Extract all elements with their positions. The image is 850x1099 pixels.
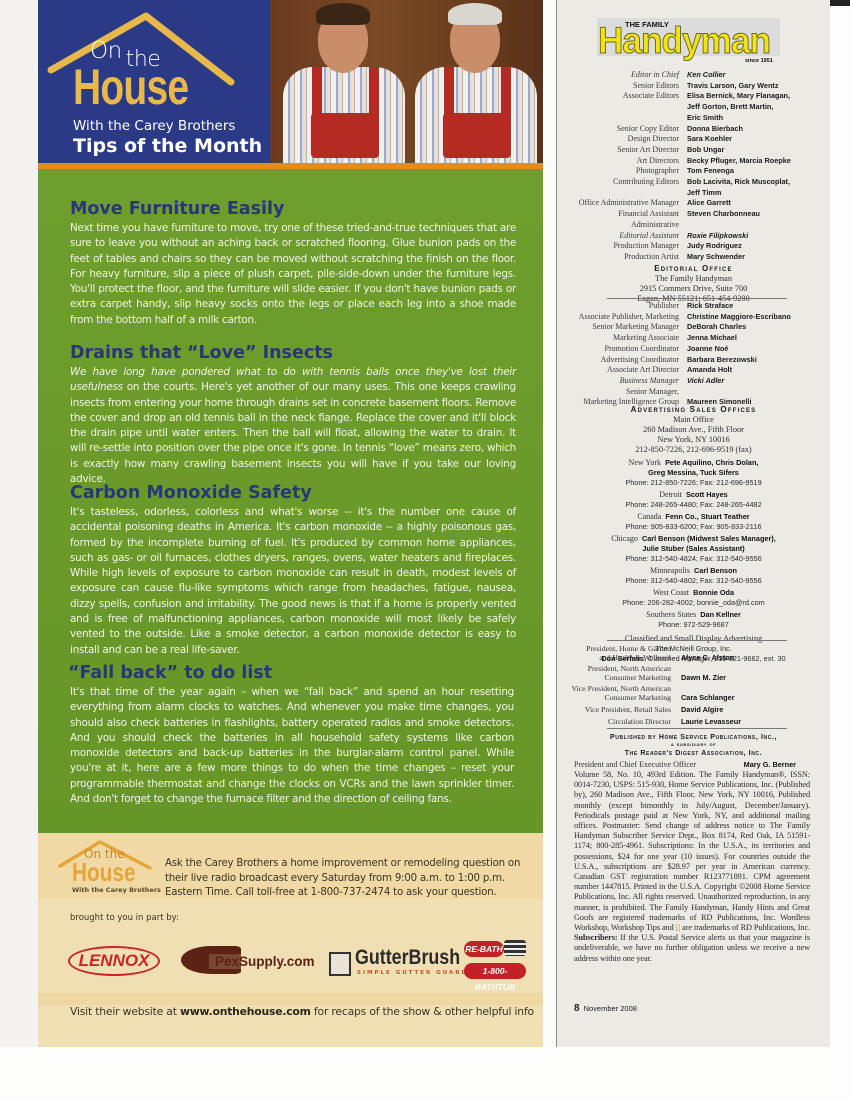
staff-name: Christine Maggiore-Escribano	[687, 312, 830, 323]
staff-name: DeBorah Charles	[687, 322, 830, 333]
staff-role: Senior Copy Editor	[557, 124, 687, 135]
staff-role: Senior Marketing Manager	[557, 322, 687, 333]
staff-row: Senior Manager,	[557, 387, 830, 398]
staff-name: Jeff Gorton, Brett Martin,	[687, 102, 830, 113]
person-right	[410, 3, 540, 163]
tip-title: “Fall back” to do list	[68, 663, 514, 683]
staff-role: Production Manager	[557, 241, 687, 252]
staff-row: Advertising CoordinatorBarbara Berezowsk…	[557, 355, 830, 366]
staff-row: Design DirectorSara Koehler	[557, 134, 830, 145]
staff-name: Tom Fenenga	[687, 166, 830, 177]
staff-row: Production ManagerJudy Rodriguez	[557, 241, 830, 252]
staff-role: Publisher	[557, 301, 687, 312]
website-line: Visit their website at www.onthehouse.co…	[70, 1005, 534, 1018]
staff-name: Jenna Michael	[687, 333, 830, 344]
carey-brothers-photo	[270, 0, 543, 163]
staff-name: Mary Schwender	[687, 252, 830, 263]
staff-row: Contributing EditorsBob Lacivita, Rick M…	[557, 177, 830, 188]
staff-row: Editor in ChiefKen Collier	[557, 70, 830, 81]
sales-region: Chicago Carl Benson (Midwest Sales Manag…	[557, 534, 830, 564]
staff-role	[557, 188, 687, 199]
rebath-logo: RE-BATH 1-800-BATHTUB	[464, 940, 526, 980]
staff-row: Financial AssistantSteven Charbonneau	[557, 209, 830, 220]
staff-row: Senior EditorsTravis Larson, Gary Wentz	[557, 81, 830, 92]
page-bottom-margin	[0, 1047, 850, 1099]
tip-title: Move Furniture Easily	[70, 199, 516, 219]
staff-name: Roxie Filipkowski	[687, 231, 830, 242]
staff-row: Eric Smith	[557, 113, 830, 124]
staff-row: Associate EditorsElisa Bernick, Mary Fla…	[557, 91, 830, 102]
radio-show-promo: On the House With the Carey Brothers Ask…	[38, 833, 543, 1047]
staff-role: Financial Assistant	[557, 209, 687, 220]
staff-role: Senior Editors	[557, 81, 687, 92]
executive-row: Vice President, Retail SalesDavid Algire	[557, 705, 830, 714]
gutterbrush-logo: GutterBrush SIMPLE GUTTER GUARD	[325, 938, 475, 980]
sales-region: West Coast Bonnie OdaPhone: 206-282-4002…	[557, 588, 830, 608]
on-the-house-panel: Onthe House With the Carey Brothers Tips…	[38, 0, 543, 1047]
executive-list: President, Home & Gardenand Health & Wel…	[557, 645, 830, 729]
tips-section: Move Furniture Easily Next time you have…	[38, 169, 543, 833]
since-tagline: since 1951	[745, 58, 773, 64]
staff-row: Senior Art DirectorBob Ungar	[557, 145, 830, 156]
person-left	[278, 3, 408, 163]
staff-role: Associate Editors	[557, 91, 687, 102]
brand-subtitle: With the Carey Brothers	[73, 118, 235, 134]
staff-name: Bob Ungar	[687, 145, 830, 156]
staff-row: Marketing AssociateJenna Michael	[557, 333, 830, 344]
staff-role: Promotion Coordinator	[557, 344, 687, 355]
left-page-margin	[0, 0, 38, 1099]
sales-region: Minneapolis Carl BensonPhone: 312-540-48…	[557, 566, 830, 586]
staff-name	[687, 387, 830, 398]
staff-row: Administrative	[557, 220, 830, 231]
issue-date: November 2008	[584, 1004, 637, 1013]
page-footer: 8November 2008	[574, 1003, 637, 1014]
promo-logo-house: House	[72, 859, 136, 885]
sales-region: Canada Fenn Co., Stuart TeatherPhone: 90…	[557, 512, 830, 532]
business-staff-list: PublisherRick StrafaceAssociate Publishe…	[557, 301, 830, 408]
staff-row: Senior Copy EditorDonna Bierbach	[557, 124, 830, 135]
executive-row: Vice President, North AmericanConsumer M…	[557, 685, 830, 702]
staff-name: Jeff Timm	[687, 188, 830, 199]
tip-body: It's that time of the year again – when …	[68, 685, 514, 807]
staff-row: Art DirectorsBecky Pfluger, Marcia Roepk…	[557, 156, 830, 167]
staff-name: Eric Smith	[687, 113, 830, 124]
right-page-edge	[830, 0, 850, 1099]
brand-house: House	[73, 62, 188, 112]
executive-row: President, Home & Gardenand Health & Wel…	[557, 645, 830, 662]
publisher-note: Published by Home Service Publications, …	[557, 733, 830, 758]
staff-row: Associate Publisher, MarketingChristine …	[557, 312, 830, 323]
tip-body: We have long have pondered what to do wi…	[70, 365, 516, 487]
staff-role: Office Administrative Manager	[557, 198, 687, 209]
bathtub-icon	[504, 940, 526, 956]
staff-name: Steven Charbonneau	[687, 209, 830, 220]
staff-name: Elisa Bernick, Mary Flanagan,	[687, 91, 830, 102]
website-link[interactable]: www.onthehouse.com	[180, 1005, 311, 1018]
sales-region: Detroit Scott HayesPhone: 248-265-4480; …	[557, 490, 830, 510]
staff-row: Jeff Timm	[557, 188, 830, 199]
pexsupply-logo: PexSupply.com	[181, 942, 316, 978]
staff-role: Marketing Associate	[557, 333, 687, 344]
tip-body: Next time you have furniture to move, tr…	[70, 221, 516, 328]
staff-name: Becky Pfluger, Marcia Roepke	[687, 156, 830, 167]
staff-role: Business Manager	[557, 376, 687, 387]
staff-role: Art Directors	[557, 156, 687, 167]
staff-row: Office Administrative ManagerAlice Garre…	[557, 198, 830, 209]
staff-role: Production Artist	[557, 252, 687, 263]
staff-row: PhotographerTom Fenenga	[557, 166, 830, 177]
masthead-column: Handyman THE FAMILY since 1951 Editor in…	[557, 0, 830, 1047]
staff-row: Associate Art DirectorAmanda Holt	[557, 365, 830, 376]
ceo-line: President and Chief Executive Officer Ma…	[574, 760, 810, 769]
staff-name	[687, 220, 830, 231]
promo-ask-text: Ask the Carey Brothers a home improvemen…	[165, 857, 535, 901]
promo-band: On the House With the Carey Brothers Ask…	[38, 833, 543, 899]
promo-logo-subtitle: With the Carey Brothers	[72, 886, 161, 894]
staff-role: Administrative	[557, 220, 687, 231]
editorial-staff-list: Editor in ChiefKen CollierSenior Editors…	[557, 70, 830, 263]
staff-role	[557, 102, 687, 113]
staff-role: Senior Art Director	[557, 145, 687, 156]
staff-name: Joanne Noé	[687, 344, 830, 355]
sales-region: Southern States Dan KellnerPhone: 972-52…	[557, 610, 830, 630]
staff-role: Photographer	[557, 166, 687, 177]
staff-name: Judy Rodriguez	[687, 241, 830, 252]
staff-role: Advertising Coordinator	[557, 355, 687, 366]
staff-row: Business ManagerVicki Adler	[557, 376, 830, 387]
tip-move-furniture: Move Furniture Easily Next time you have…	[70, 199, 516, 328]
staff-name: Amanda Holt	[687, 365, 830, 376]
staff-row: Senior Marketing ManagerDeBorah Charles	[557, 322, 830, 333]
staff-role	[557, 113, 687, 124]
staff-name: Alice Garrett	[687, 198, 830, 209]
gutterbrush-icon	[329, 952, 351, 976]
tip-carbon-monoxide: Carbon Monoxide Safety It's tasteless, o…	[70, 483, 516, 658]
staff-row: Editorial AssistantRoxie Filipkowski	[557, 231, 830, 242]
sponsors-label: brought to you in part by:	[70, 913, 179, 923]
staff-row: Jeff Gorton, Brett Martin,	[557, 102, 830, 113]
staff-name: Vicki Adler	[687, 376, 830, 387]
lennox-logo: LENNOX	[68, 946, 160, 976]
staff-name: Travis Larson, Gary Wentz	[687, 81, 830, 92]
sponsor-logos: LENNOX PexSupply.com GutterBrush SIMPLE …	[38, 938, 543, 983]
staff-name: Rick Straface	[687, 301, 830, 312]
panel-header: Onthe House With the Carey Brothers Tips…	[38, 0, 543, 165]
staff-name: Sara Koehler	[687, 134, 830, 145]
publication-legal-notice: Volume 58, No. 10, 493rd Edition. The Fa…	[574, 770, 810, 964]
staff-row: Promotion CoordinatorJoanne Noé	[557, 344, 830, 355]
tip-body: It's tasteless, odorless, colorless and …	[70, 505, 516, 658]
sales-region: New York Pete Aquilino, Chris Dolan,Greg…	[557, 458, 830, 488]
staff-role: Editorial Assistant	[557, 231, 687, 242]
executive-row: President, North AmericanConsumer Market…	[557, 665, 830, 682]
staff-role: Editor in Chief	[557, 70, 687, 81]
staff-row: PublisherRick Straface	[557, 301, 830, 312]
section-title: Tips of the Month	[73, 135, 262, 157]
staff-name: Donna Bierbach	[687, 124, 830, 135]
staff-role: Design Director	[557, 134, 687, 145]
advertising-sales-offices: Advertising Sales Offices Main Office 26…	[557, 405, 830, 664]
page-number: 8	[574, 1003, 580, 1014]
staff-role: Associate Art Director	[557, 365, 687, 376]
staff-row: Production ArtistMary Schwender	[557, 252, 830, 263]
staff-role: Contributing Editors	[557, 177, 687, 188]
staff-name: Barbara Berezowski	[687, 355, 830, 366]
executive-row: Circulation DirectorLaurie Levasseur	[557, 717, 830, 726]
staff-name: Bob Lacivita, Rick Muscoplat,	[687, 177, 830, 188]
tip-title: Carbon Monoxide Safety	[70, 483, 516, 503]
family-handyman-logo: Handyman THE FAMILY	[597, 18, 780, 56]
tip-fall-back: “Fall back” to do list It's that time of…	[68, 663, 514, 807]
staff-role: Senior Manager,	[557, 387, 687, 398]
staff-role: Associate Publisher, Marketing	[557, 312, 687, 323]
tip-title: Drains that “Love” Insects	[70, 343, 516, 363]
tip-drains: Drains that “Love” Insects We have long …	[70, 343, 516, 487]
staff-name: Ken Collier	[687, 70, 830, 81]
